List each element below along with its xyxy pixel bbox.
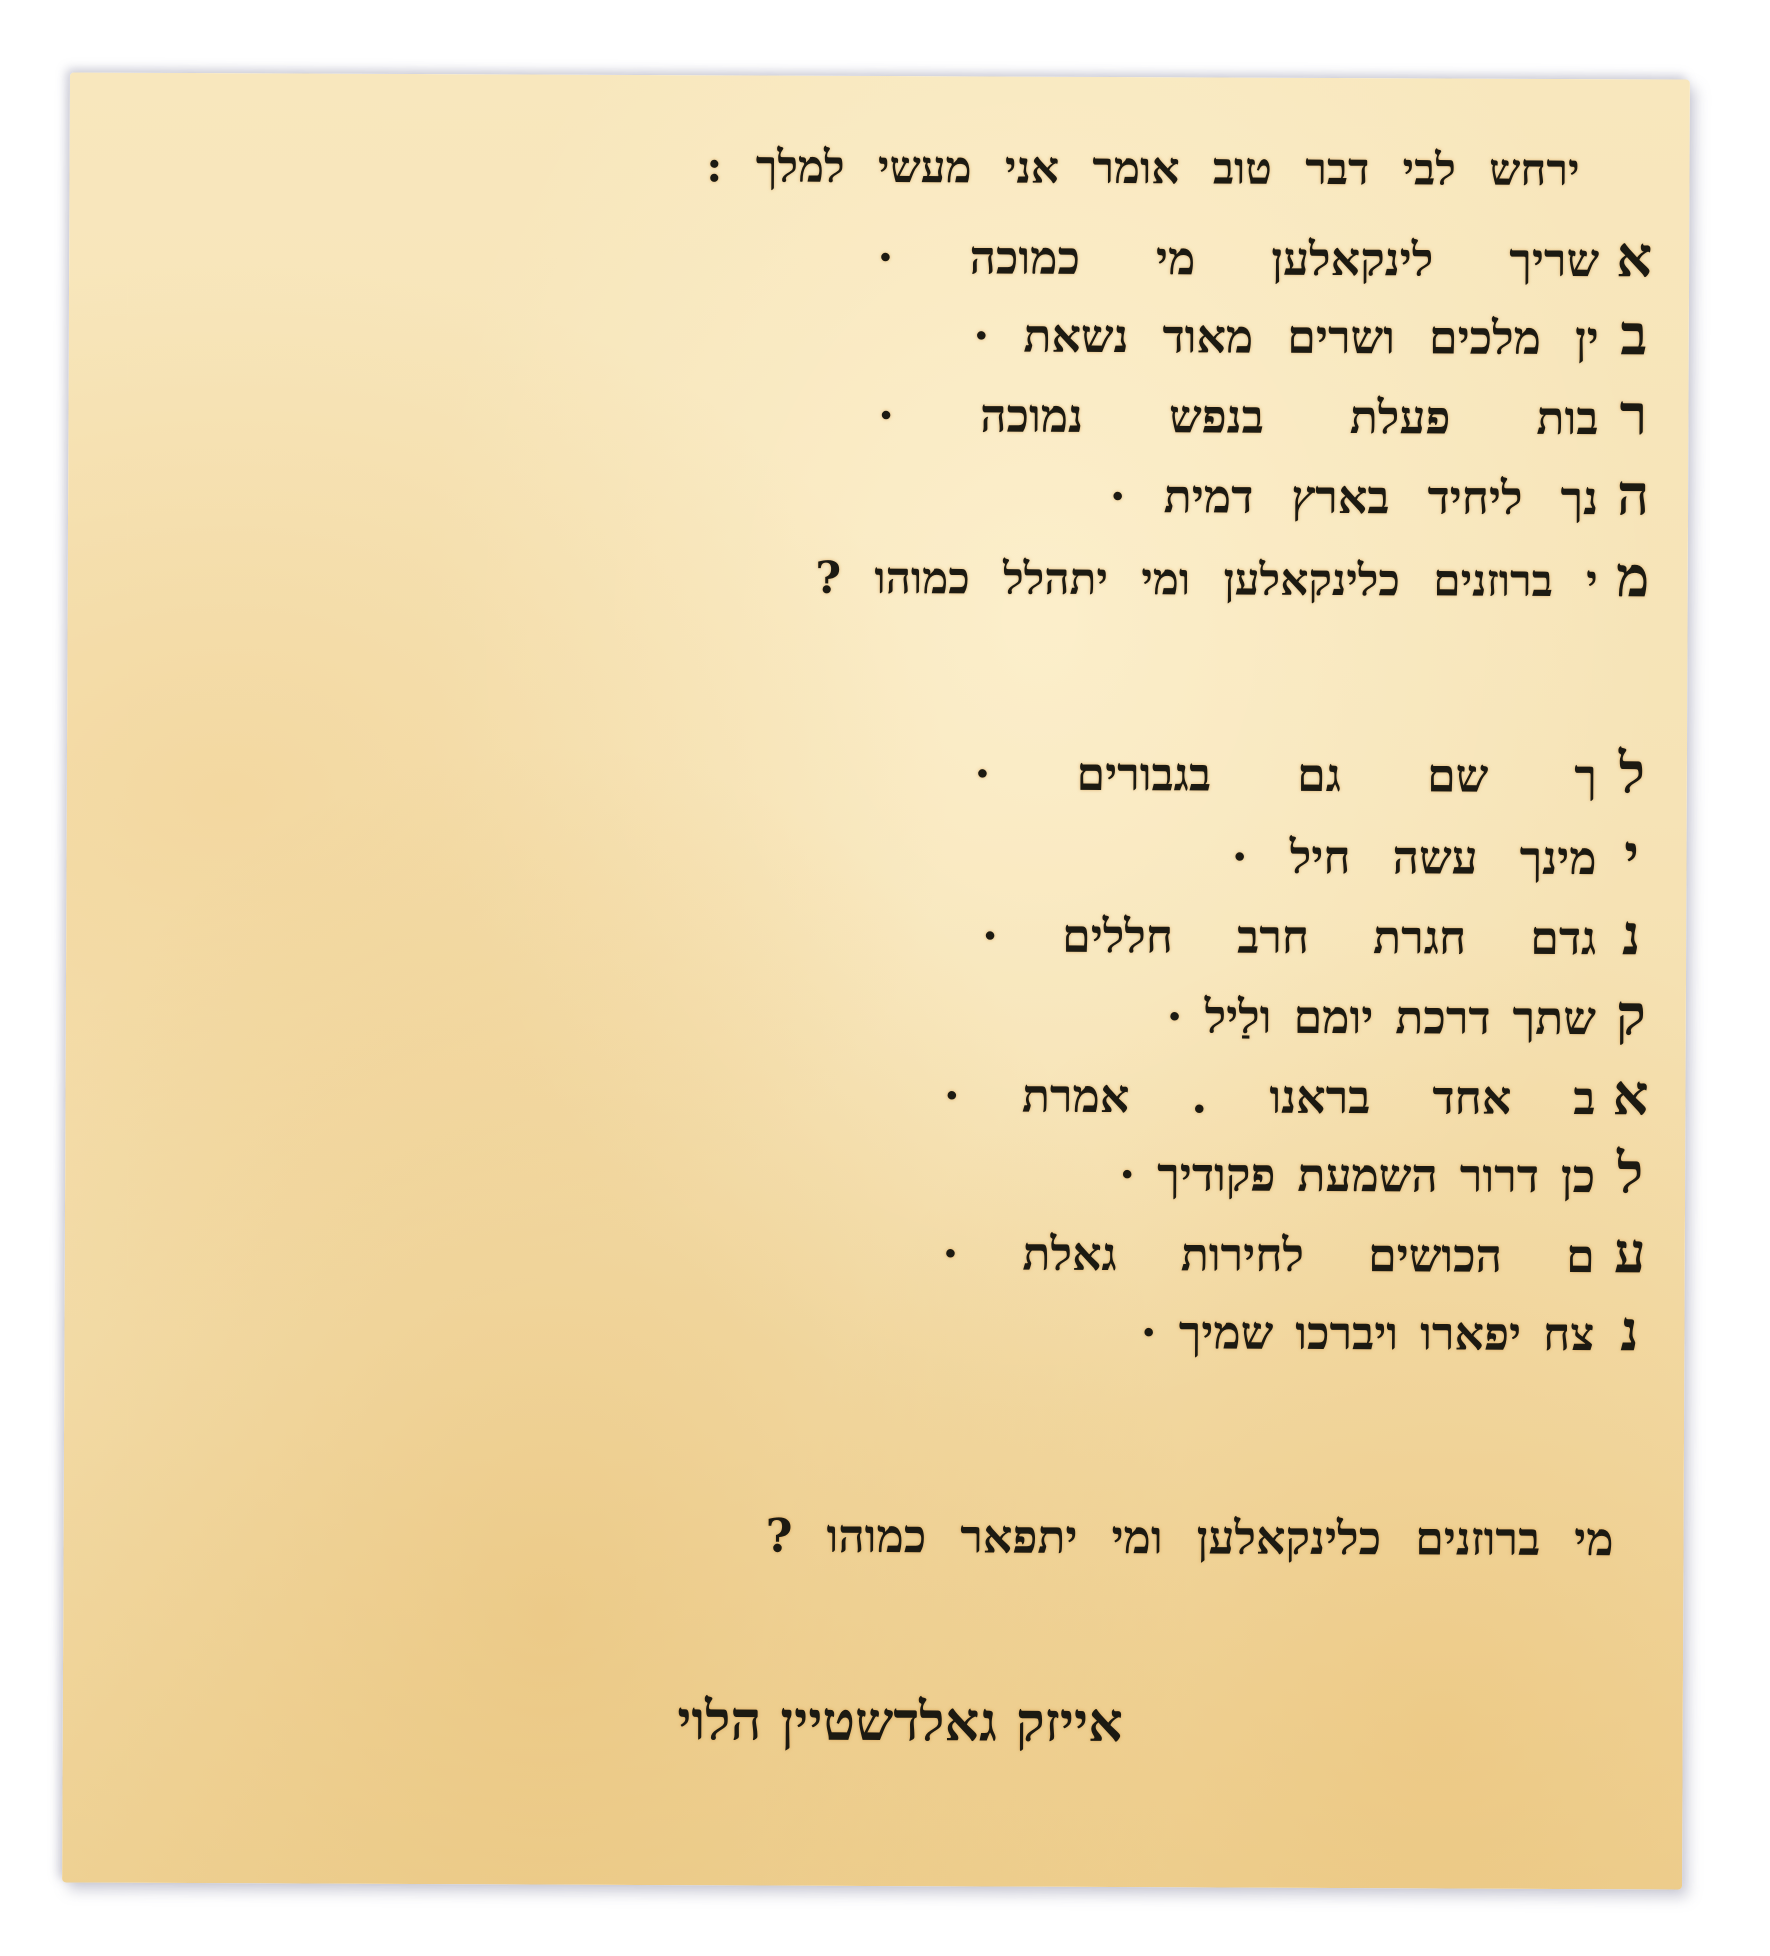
stanza1-line-1: אשריך לינקאלען מי כמוכה ·: [877, 224, 1669, 290]
line-text: י ברוזנים כלינקאלען ומי יתהלל כמוהו ?: [815, 549, 1598, 612]
acrostic-initial: ע: [1595, 1223, 1665, 1283]
line-text: ב אחד בראנו . אמרת ·: [944, 1065, 1596, 1128]
stanza2-line-4: קשתך דרכת יומם ולַיל ·: [1166, 983, 1665, 1048]
acrostic-initial: נ: [1596, 905, 1666, 965]
stanza1-line-4: הנך ליחיד בארץ דמית ·: [1110, 463, 1669, 528]
acrostic-initial: נ: [1594, 1301, 1664, 1361]
acrostic-initial: ב: [1599, 305, 1669, 365]
hebrew-acrostic-poem: ירחש לבי דבר טוב אומר אני מעשי למלך : אש…: [62, 72, 1690, 1889]
stanza2-line-3: נגדם חגרת חרב חללים ·: [982, 902, 1666, 968]
opening-line-text: ירחש לבי דבר טוב אומר אני מעשי למלך :: [706, 137, 1580, 201]
stanza2-line-5: אב אחד בראנו . אמרת ·: [944, 1062, 1666, 1128]
opening-line: ירחש לבי דבר טוב אומר אני מעשי למלך :: [706, 137, 1580, 201]
line-text: צח יפארו ויברכו שמיך ·: [1141, 1302, 1595, 1364]
acrostic-initial: ק: [1596, 985, 1666, 1045]
line-text: כן דרור השמעת פקודיך ·: [1119, 1144, 1595, 1206]
acrostic-initial: ל: [1595, 1143, 1665, 1203]
stanza1-line-2: בין מלכים ושרים מאוד נשאת ·: [973, 302, 1669, 368]
line-text: בות פעלת בנפש נמוכה ·: [878, 385, 1599, 448]
line-text: גדם חגרת חרב חללים ·: [982, 905, 1596, 968]
page-background: ירחש לבי דבר טוב אומר אני מעשי למלך : אש…: [0, 0, 1770, 1956]
stanza2-line-7: עם הכושים לחירות גאלת ·: [942, 1220, 1665, 1286]
stanza2-line-6: לכן דרור השמעת פקודיך ·: [1119, 1141, 1665, 1206]
acrostic-initial: א: [1599, 227, 1669, 287]
stanza2-line-1: לך שם גם בגבורים ·: [974, 740, 1667, 806]
author-signature: אייזק גאלדשטיין הלוי: [677, 1685, 1123, 1757]
acrostic-initial: מ: [1598, 547, 1668, 607]
closing-refrain-text: מי ברוזנים כלינקאלען ומי יתפאר כמוהו ?: [765, 1506, 1613, 1570]
acrostic-initial: א: [1595, 1065, 1665, 1125]
line-text: ם הכושים לחירות גאלת ·: [942, 1223, 1595, 1286]
acrostic-initial: י: [1596, 825, 1666, 885]
aged-paper-sheet: ירחש לבי דבר טוב אומר אני מעשי למלך : אש…: [62, 72, 1690, 1889]
stanza1-line-3: רבות פעלת בנפש נמוכה ·: [878, 382, 1669, 448]
line-text: מינך עשה חיל ·: [1232, 827, 1597, 889]
line-text: נך ליחיד בארץ דמית ·: [1110, 466, 1599, 528]
closing-refrain: מי ברוזנים כלינקאלען ומי יתפאר כמוהו ?: [765, 1506, 1613, 1570]
stanza2-line-2: ימינך עשה חיל ·: [1232, 824, 1667, 889]
line-text: שתך דרכת יומם ולַיל ·: [1166, 986, 1595, 1048]
acrostic-initial: ל: [1597, 743, 1667, 803]
acrostic-initial: ר: [1598, 385, 1668, 445]
stanza2-line-8: נצח יפארו ויברכו שמיך ·: [1141, 1299, 1665, 1364]
line-text: שריך לינקאלען מי כמוכה ·: [877, 227, 1599, 290]
stanza1-refrain: מי ברוזנים כלינקאלען ומי יתהלל כמוהו ?: [815, 544, 1668, 613]
acrostic-initial: ה: [1598, 465, 1668, 525]
line-text: ך שם גם בגבורים ·: [974, 743, 1597, 806]
line-text: ין מלכים ושרים מאוד נשאת ·: [973, 305, 1599, 368]
